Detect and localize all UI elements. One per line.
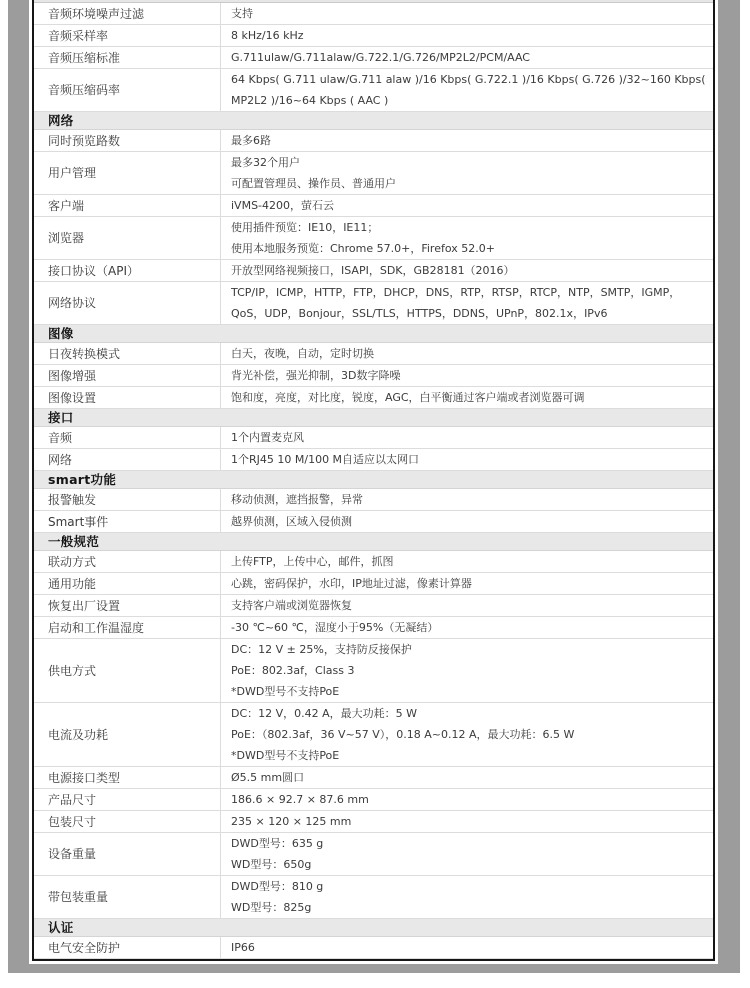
spec-label: 带包装重量 [34,876,221,918]
spec-label: 音频环境噪声过滤 [34,3,221,24]
spec-label: 日夜转换模式 [34,343,221,364]
spec-row: 电流及功耗DC：12 V，0.42 A，最大功耗：5 WPoE：（802.3af… [34,703,713,767]
spec-label-text: 供电方式 [48,663,96,679]
section-header: 接口 [34,409,713,427]
spec-value-line: 饱和度，亮度，对比度，锐度，AGC，白平衡通过客户端或者浏览器可调 [231,387,707,408]
spec-label: 启动和工作温湿度 [34,617,221,638]
spec-label-text: 音频压缩标准 [48,50,120,66]
spec-value-line: 1个RJ45 10 M/100 M自适应以太网口 [231,449,707,470]
spec-label-text: 浏览器 [48,230,84,246]
spec-value-line: iVMS-4200，萤石云 [231,195,707,216]
spec-label-text: 同时预览路数 [48,133,120,149]
spec-label-text: 图像增强 [48,368,96,384]
spec-value: DWD型号：635 gWD型号：650g [221,833,713,875]
spec-value-line: 1个内置麦克风 [231,427,707,448]
spec-row: Smart事件越界侦测，区域入侵侦测 [34,511,713,533]
spec-value-line: 最多6路 [231,130,707,151]
spec-label: 网络 [34,449,221,470]
spec-value: DWD型号：810 gWD型号：825g [221,876,713,918]
section-header: smart功能 [34,471,713,489]
spec-value-line: 心跳，密码保护，水印，IP地址过滤，像素计算器 [231,573,707,594]
spec-value: 使用插件预览：IE10，IE11；使用本地服务预览：Chrome 57.0+，F… [221,217,713,259]
spec-label: 接口协议（API） [34,260,221,281]
spec-value-line: PoE：（802.3af，36 V~57 V），0.18 A~0.12 A，最大… [231,724,707,745]
spec-label-text: Smart事件 [48,514,108,530]
spec-label: 音频 [34,427,221,448]
spec-label-text: 图像设置 [48,390,96,406]
spec-value-line: 最多32个用户 [231,152,707,173]
spec-value: DC：12 V，0.42 A，最大功耗：5 WPoE：（802.3af，36 V… [221,703,713,766]
spec-label: 电流及功耗 [34,703,221,766]
spec-value: 移动侦测，遮挡报警，异常 [221,489,713,510]
spec-label-text: 电气安全防护 [48,940,120,956]
spec-label-text: 电源接口类型 [48,770,120,786]
spec-label: 用户管理 [34,152,221,194]
spec-row: 联动方式上传FTP，上传中心，邮件，抓图 [34,551,713,573]
spec-value-line: 移动侦测，遮挡报警，异常 [231,489,707,510]
spec-label-text: 电流及功耗 [48,727,108,743]
spec-row: 电源接口类型Ø5.5 mm圆口 [34,767,713,789]
spec-value: TCP/IP，ICMP，HTTP，FTP，DHCP，DNS，RTP，RTSP，R… [221,282,713,324]
spec-value-line: PoE：802.3af，Class 3 [231,660,707,681]
spec-table-body: 音频环境噪声过滤支持音频采样率8 kHz/16 kHz音频压缩标准G.711ul… [34,3,713,959]
spec-value-line: 上传FTP，上传中心，邮件，抓图 [231,551,707,572]
spec-value: 最多6路 [221,130,713,151]
spec-label: 图像增强 [34,365,221,386]
spec-value: 心跳，密码保护，水印，IP地址过滤，像素计算器 [221,573,713,594]
spec-label: 浏览器 [34,217,221,259]
spec-label-text: 启动和工作温湿度 [48,620,144,636]
spec-value-line: Ø5.5 mm圆口 [231,767,707,788]
spec-value: DC：12 V ± 25%，支持防反接保护PoE：802.3af，Class 3… [221,639,713,702]
section-header: 图像 [34,325,713,343]
spec-label: 电源接口类型 [34,767,221,788]
section-header: 网络 [34,112,713,130]
spec-row: 音频压缩码率64 Kbps( G.711 ulaw/G.711 alaw )/1… [34,69,713,112]
spec-value: Ø5.5 mm圆口 [221,767,713,788]
spec-label: 恢复出厂设置 [34,595,221,616]
spec-label-text: 通用功能 [48,576,96,592]
spec-label: 音频采样率 [34,25,221,46]
spec-label-text: 用户管理 [48,165,96,181]
spec-label: 设备重量 [34,833,221,875]
spec-label: 通用功能 [34,573,221,594]
spec-row: 音频压缩标准G.711ulaw/G.711alaw/G.722.1/G.726/… [34,47,713,69]
spec-value: 饱和度，亮度，对比度，锐度，AGC，白平衡通过客户端或者浏览器可调 [221,387,713,408]
spec-value: 64 Kbps( G.711 ulaw/G.711 alaw )/16 Kbps… [221,69,713,111]
spec-label: 同时预览路数 [34,130,221,151]
spec-value: G.711ulaw/G.711alaw/G.722.1/G.726/MP2L2/… [221,47,713,68]
spec-row: 用户管理最多32个用户可配置管理员、操作员、普通用户 [34,152,713,195]
spec-row: 浏览器使用插件预览：IE10，IE11；使用本地服务预览：Chrome 57.0… [34,217,713,260]
spec-row: 产品尺寸186.6 × 92.7 × 87.6 mm [34,789,713,811]
spec-value-line: 使用插件预览：IE10，IE11； [231,217,707,238]
spec-label: 音频压缩标准 [34,47,221,68]
spec-value: 上传FTP，上传中心，邮件，抓图 [221,551,713,572]
spec-label: 图像设置 [34,387,221,408]
spec-label-text: 网络协议 [48,295,96,311]
spec-value-line: 186.6 × 92.7 × 87.6 mm [231,789,707,810]
spec-label-text: 设备重量 [48,846,96,862]
spec-value: 1个RJ45 10 M/100 M自适应以太网口 [221,449,713,470]
spec-value: IP66 [221,937,713,958]
spec-value-line: DC：12 V ± 25%，支持防反接保护 [231,639,707,660]
spec-value-line: G.711ulaw/G.711alaw/G.722.1/G.726/MP2L2/… [231,47,707,68]
spec-value: 8 kHz/16 kHz [221,25,713,46]
page: 音频环境噪声过滤支持音频采样率8 kHz/16 kHz音频压缩标准G.711ul… [0,0,750,973]
spec-row: 接口协议（API）开放型网络视频接口，ISAPI，SDK，GB28181（201… [34,260,713,282]
spec-value: 支持 [221,3,713,24]
spec-value-line: -30 ℃~60 ℃，湿度小于95%（无凝结） [231,617,707,638]
spec-label-text: 报警触发 [48,492,96,508]
spec-row: 同时预览路数最多6路 [34,130,713,152]
spec-label-text: 客户端 [48,198,84,214]
spec-value-line: IP66 [231,937,707,958]
spec-value-line: *DWD型号不支持PoE [231,681,707,702]
spec-value: 白天，夜晚，自动，定时切换 [221,343,713,364]
spec-row: 报警触发移动侦测，遮挡报警，异常 [34,489,713,511]
spec-label: 电气安全防护 [34,937,221,958]
spec-value-line: 8 kHz/16 kHz [231,25,707,46]
spec-value-line: TCP/IP，ICMP，HTTP，FTP，DHCP，DNS，RTP，RTSP，R… [231,282,707,324]
spec-label-text: 接口协议（API） [48,263,139,279]
spec-value-line: DC：12 V，0.42 A，最大功耗：5 W [231,703,707,724]
spec-value-line: WD型号：825g [231,897,707,918]
spec-label: 供电方式 [34,639,221,702]
spec-value: 支持客户端或浏览器恢复 [221,595,713,616]
spec-label: Smart事件 [34,511,221,532]
spec-row: 音频采样率8 kHz/16 kHz [34,25,713,47]
spec-value-line: 235 × 120 × 125 mm [231,811,707,832]
spec-row: 供电方式DC：12 V ± 25%，支持防反接保护PoE：802.3af，Cla… [34,639,713,703]
spec-label-text: 音频采样率 [48,28,108,44]
spec-label-text: 联动方式 [48,554,96,570]
spec-row: 音频环境噪声过滤支持 [34,3,713,25]
spec-label: 网络协议 [34,282,221,324]
spec-row: 网络协议TCP/IP，ICMP，HTTP，FTP，DHCP，DNS，RTP，RT… [34,282,713,325]
spec-table: 音频环境噪声过滤支持音频采样率8 kHz/16 kHz音频压缩标准G.711ul… [32,0,715,961]
spec-label: 音频压缩码率 [34,69,221,111]
spec-label: 报警触发 [34,489,221,510]
spec-label-text: 日夜转换模式 [48,346,120,362]
spec-value-line: 开放型网络视频接口，ISAPI，SDK，GB28181（2016） [231,260,707,281]
spec-row: 音频1个内置麦克风 [34,427,713,449]
spec-row: 恢复出厂设置支持客户端或浏览器恢复 [34,595,713,617]
spec-row: 电气安全防护IP66 [34,937,713,959]
spec-row: 设备重量DWD型号：635 gWD型号：650g [34,833,713,876]
spec-value: -30 ℃~60 ℃，湿度小于95%（无凝结） [221,617,713,638]
spec-value-line: 背光补偿，强光抑制，3D数字降噪 [231,365,707,386]
scan-gray-frame: 音频环境噪声过滤支持音频采样率8 kHz/16 kHz音频压缩标准G.711ul… [8,0,740,973]
spec-label-text: 音频 [48,430,72,446]
spec-value: 186.6 × 92.7 × 87.6 mm [221,789,713,810]
spec-label-text: 音频环境噪声过滤 [48,6,144,22]
spec-value-line: DWD型号：635 g [231,833,707,854]
spec-label: 联动方式 [34,551,221,572]
spec-value-line: 支持 [231,3,707,24]
spec-label-text: 包装尺寸 [48,814,96,830]
spec-row: 包装尺寸235 × 120 × 125 mm [34,811,713,833]
spec-label-text: 带包装重量 [48,889,108,905]
section-header: 一般规范 [34,533,713,551]
spec-value-line: *DWD型号不支持PoE [231,745,707,766]
spec-value-line: 可配置管理员、操作员、普通用户 [231,173,707,194]
spec-label-text: 产品尺寸 [48,792,96,808]
spec-value: 背光补偿，强光抑制，3D数字降噪 [221,365,713,386]
spec-value-line: 越界侦测，区域入侵侦测 [231,511,707,532]
spec-value: 235 × 120 × 125 mm [221,811,713,832]
spec-value-line: DWD型号：810 g [231,876,707,897]
spec-row: 网络1个RJ45 10 M/100 M自适应以太网口 [34,449,713,471]
spec-value: 越界侦测，区域入侵侦测 [221,511,713,532]
spec-value: 最多32个用户可配置管理员、操作员、普通用户 [221,152,713,194]
spec-value-line: 支持客户端或浏览器恢复 [231,595,707,616]
spec-row: 日夜转换模式白天，夜晚，自动，定时切换 [34,343,713,365]
spec-label: 产品尺寸 [34,789,221,810]
spec-value-line: WD型号：650g [231,854,707,875]
spec-value-line: 64 Kbps( G.711 ulaw/G.711 alaw )/16 Kbps… [231,69,707,111]
spec-row: 带包装重量DWD型号：810 gWD型号：825g [34,876,713,919]
spec-value: 1个内置麦克风 [221,427,713,448]
spec-value-line: 白天，夜晚，自动，定时切换 [231,343,707,364]
spec-row: 通用功能心跳，密码保护，水印，IP地址过滤，像素计算器 [34,573,713,595]
spec-label-text: 网络 [48,452,72,468]
spec-label: 客户端 [34,195,221,216]
spec-label-text: 音频压缩码率 [48,82,120,98]
spec-row: 图像增强背光补偿，强光抑制，3D数字降噪 [34,365,713,387]
spec-value: iVMS-4200，萤石云 [221,195,713,216]
spec-value-line: 使用本地服务预览：Chrome 57.0+，Firefox 52.0+ [231,238,707,259]
spec-row: 客户端iVMS-4200，萤石云 [34,195,713,217]
section-header: 认证 [34,919,713,937]
spec-label-text: 恢复出厂设置 [48,598,120,614]
spec-value: 开放型网络视频接口，ISAPI，SDK，GB28181（2016） [221,260,713,281]
spec-row: 图像设置饱和度，亮度，对比度，锐度，AGC，白平衡通过客户端或者浏览器可调 [34,387,713,409]
spec-label: 包装尺寸 [34,811,221,832]
spec-row: 启动和工作温湿度-30 ℃~60 ℃，湿度小于95%（无凝结） [34,617,713,639]
